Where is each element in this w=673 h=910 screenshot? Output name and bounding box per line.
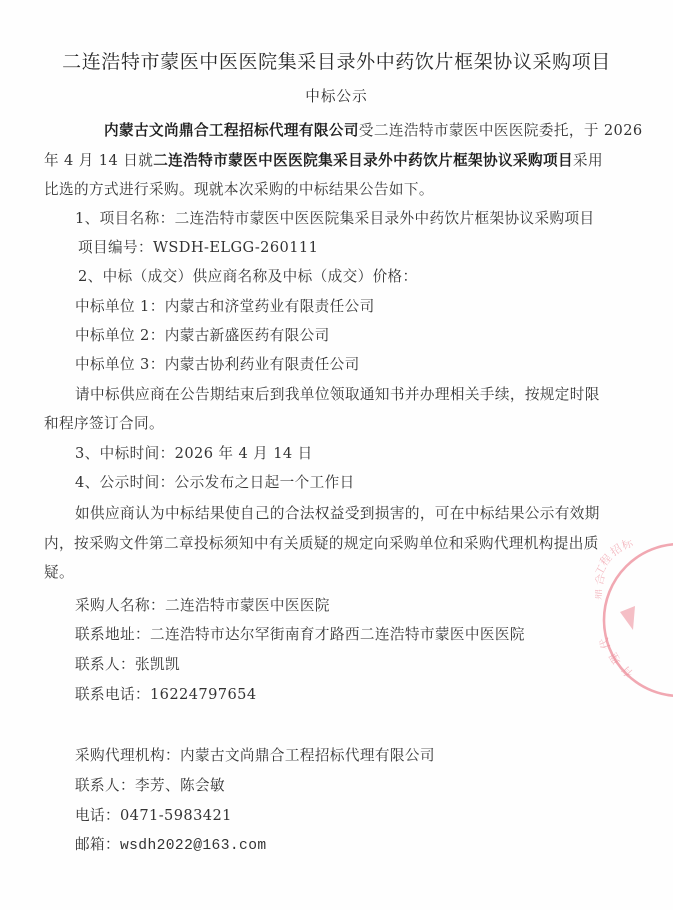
notice-line-2: 和程序签订合同。 (44, 415, 164, 433)
agency-email: 邮箱：wsdh2022@163.com (75, 837, 267, 855)
agency-name-bold: 内蒙古文尚鼎合工程招标代理有限公司 (104, 122, 359, 139)
winner-1-label: 中标单位 1： (75, 298, 165, 315)
objection-line-3: 疑。 (44, 564, 74, 582)
winners-heading: 2、中标（成交）供应商名称及中标（成交）价格： (78, 268, 418, 286)
agency-name: 采购代理机构：内蒙古文尚鼎合工程招标代理有限公司 (75, 747, 435, 765)
publicity-period-line: 4、公示时间：公示发布之日起一个工作日 (75, 474, 355, 492)
project-number-line: 项目编号：WSDH-ELGG-260111 (78, 239, 318, 257)
objection-line-2: 内，按采购文件第二章投标须知中有关质疑的规定向采购单位和采购代理机构提出质 (44, 535, 599, 553)
project-name-bold: 二连浩特市蒙医中医医院集采目录外中药饮片框架协议采购项目 (153, 152, 573, 169)
svg-text:鼎: 鼎 (595, 588, 605, 600)
agency-contact: 联系人：李芳、陈会敏 (75, 777, 225, 795)
intro-line-1: 内蒙古文尚鼎合工程招标代理有限公司受二连浩特市蒙医中医医院委托，于 2026 (104, 122, 643, 140)
intro-line-1-rest: 受二连浩特市蒙医中医医院委托，于 2026 (359, 122, 643, 139)
intro-line-2-suffix: 采用 (573, 152, 603, 169)
svg-text:理: 理 (607, 650, 624, 666)
document-page: 二连浩特市蒙医中医医院集采目录外中药饮片框架协议采购项目 中标公示 内蒙古文尚鼎… (0, 0, 673, 910)
project-name-line: 1、项目名称：二连浩特市蒙医中医医院集采目录外中药饮片框架协议采购项目 (75, 210, 594, 228)
seal-star-icon (620, 606, 635, 630)
intro-line-3: 比选的方式进行采购。现就本次采购的中标结果公告如下。 (44, 181, 434, 199)
notice-line-1: 请中标供应商在公告期结束后到我单位领取通知书并办理相关手续，按规定时限 (75, 386, 600, 404)
winner-1: 中标单位 1：内蒙古和济堂药业有限责任公司 (75, 298, 375, 316)
document-title: 二连浩特市蒙医中医医院集采目录外中药饮片框架协议采购项目 (0, 50, 673, 74)
svg-text:工: 工 (595, 562, 609, 578)
svg-text:程: 程 (597, 551, 615, 568)
intro-line-2: 年 4 月 14 日就二连浩特市蒙医中医医院集采目录外中药饮片框架协议采购项目采… (44, 152, 603, 170)
svg-text:有: 有 (619, 663, 636, 680)
winner-1-name: 内蒙古和济堂药业有限责任公司 (165, 298, 375, 315)
svg-text:招: 招 (607, 541, 624, 559)
svg-text:代: 代 (598, 636, 613, 650)
winner-3-name: 内蒙古协利药业有限责任公司 (165, 356, 360, 373)
winner-3-label: 中标单位 3： (75, 356, 165, 373)
winner-2-label: 中标单位 2： (75, 327, 165, 344)
objection-line-1: 如供应商认为中标结果使自己的合法权益受到损害的，可在中标结果公示有效期 (75, 505, 600, 523)
purchaser-contact: 联系人：张凯凯 (75, 656, 180, 674)
winner-3: 中标单位 3：内蒙古协利药业有限责任公司 (75, 356, 360, 374)
award-date-line: 3、中标时间：2026 年 4 月 14 日 (75, 445, 313, 463)
purchaser-name: 采购人名称：二连浩特市蒙医中医医院 (75, 597, 330, 615)
intro-date-prefix: 年 4 月 14 日就 (44, 152, 153, 169)
agency-phone: 电话：0471-5983421 (75, 807, 232, 825)
winner-2: 中标单位 2：内蒙古新盛医药有限公司 (75, 327, 330, 345)
svg-text:标: 标 (619, 540, 635, 552)
document-subtitle: 中标公示 (0, 88, 673, 106)
svg-text:合: 合 (595, 572, 608, 586)
winner-2-name: 内蒙古新盛医药有限公司 (165, 327, 330, 344)
official-seal-stamp: 工 程 招 标 合 鼎 理 代 有 (595, 540, 673, 700)
purchaser-phone: 联系电话：16224797654 (75, 686, 257, 704)
purchaser-address: 联系地址：二连浩特市达尔罕街南育才路西二连浩特市蒙医中医医院 (75, 626, 525, 644)
